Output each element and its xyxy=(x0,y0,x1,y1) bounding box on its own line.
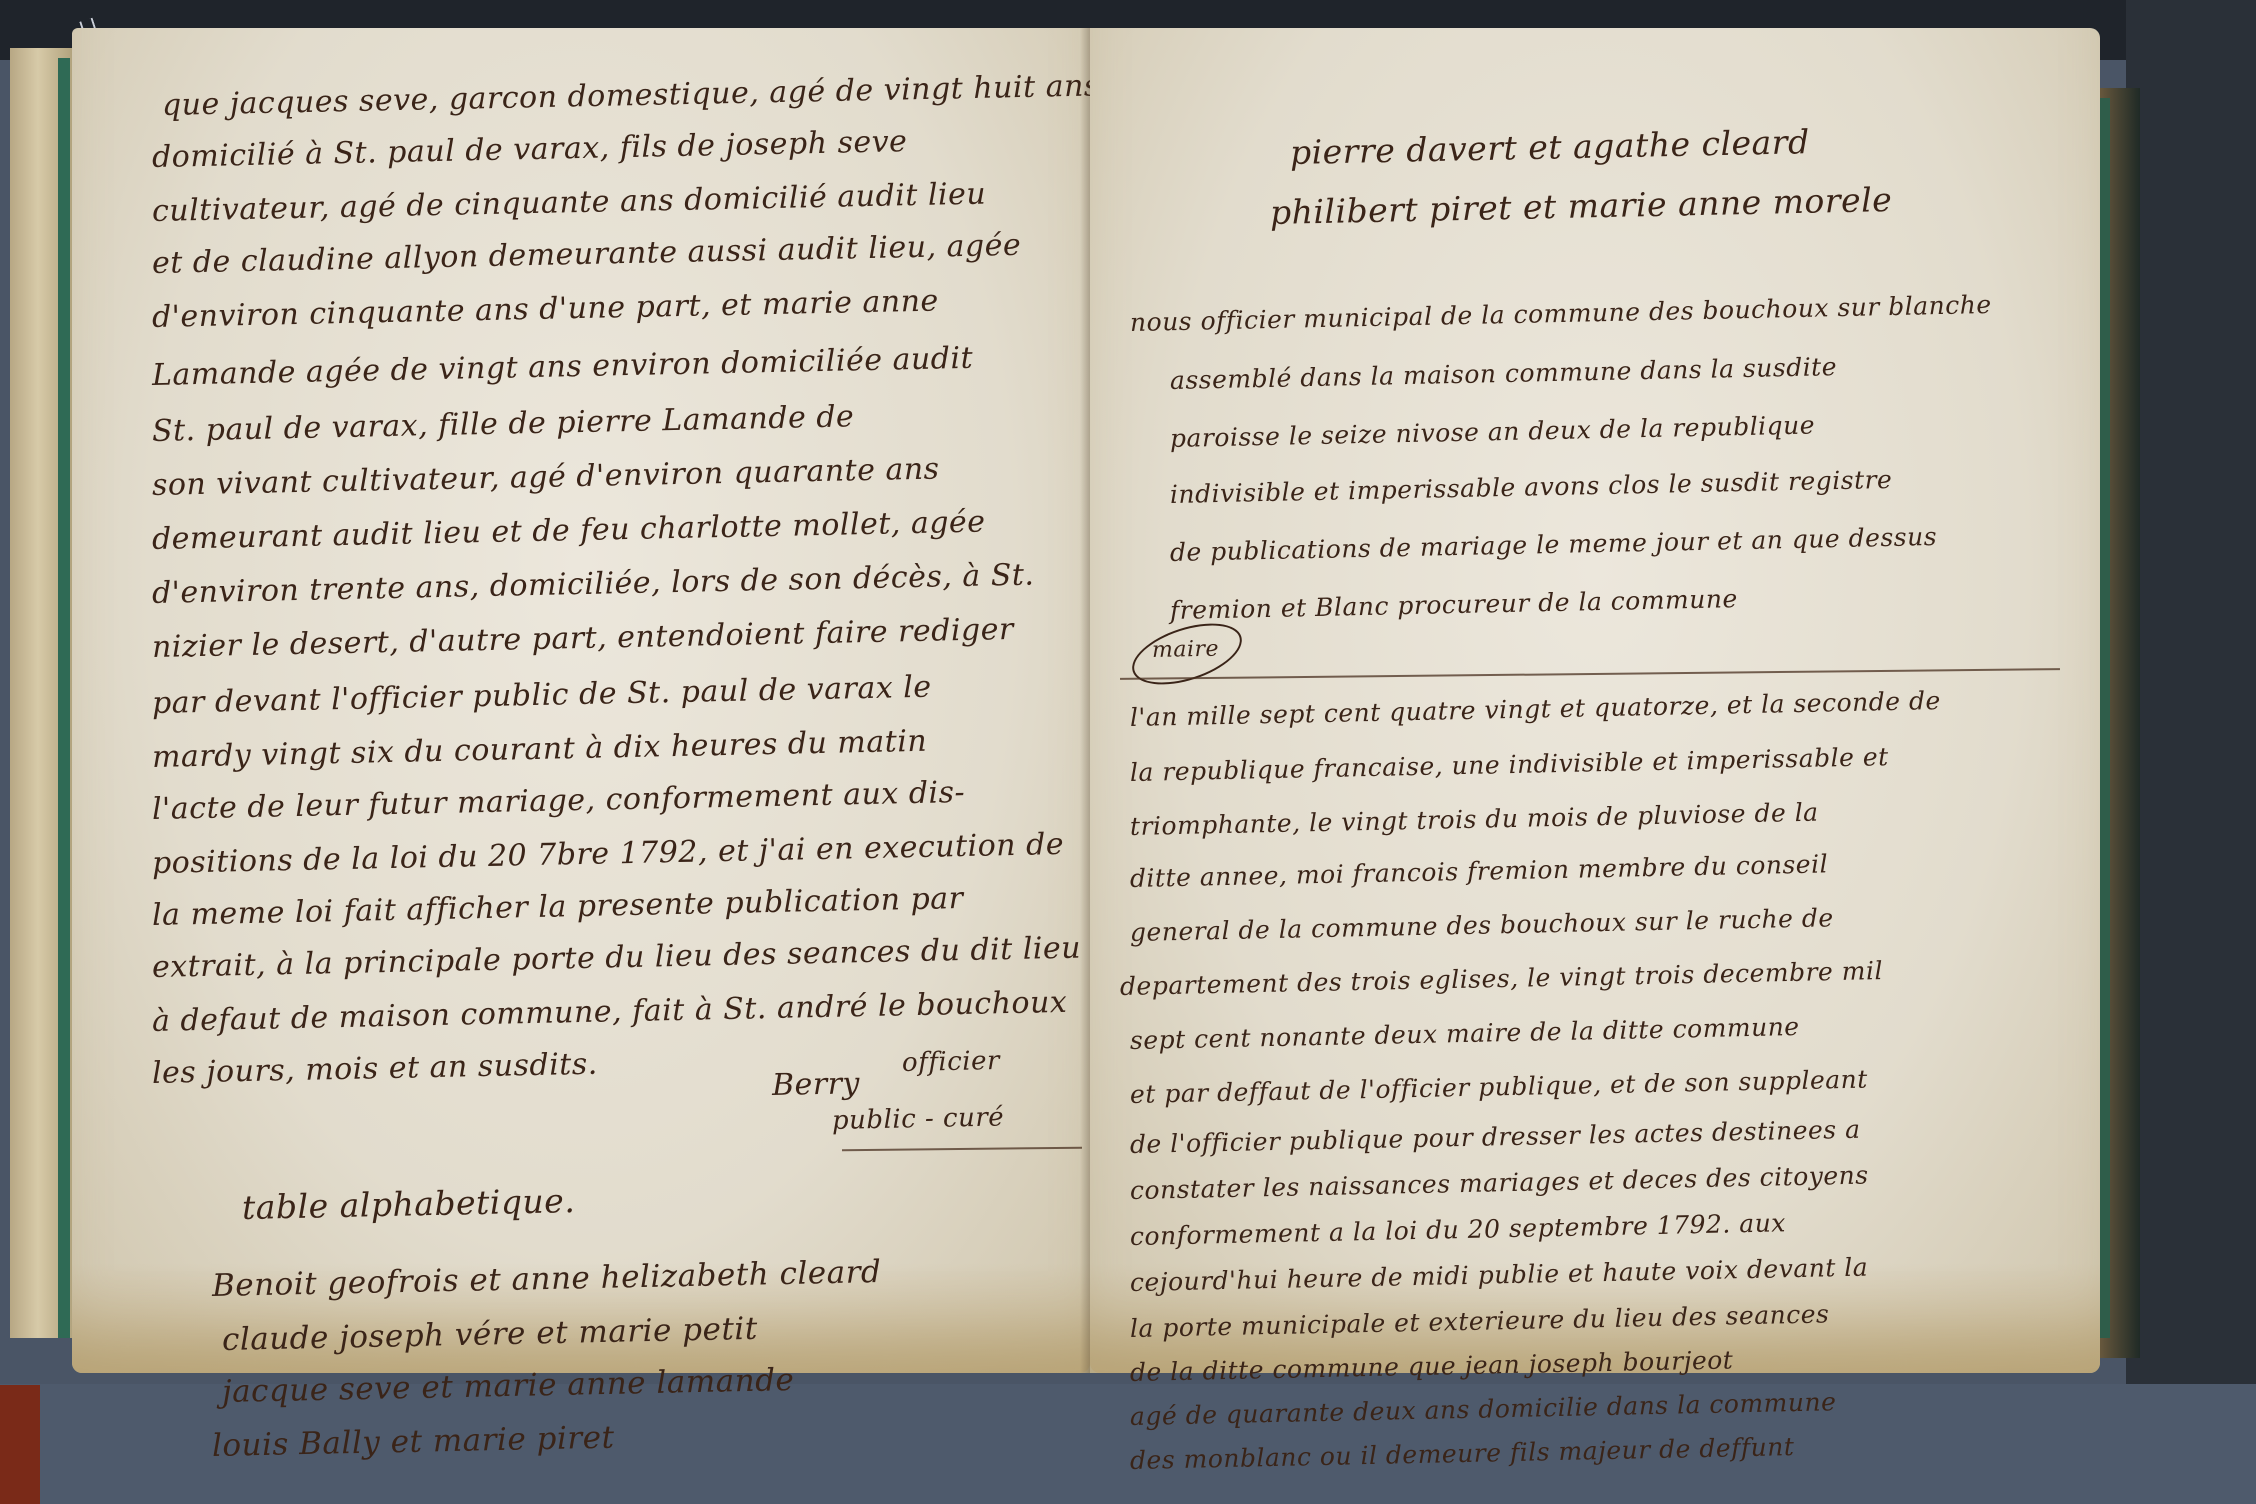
text-line: conformement a la loi du 20 septembre 17… xyxy=(1130,1208,1786,1251)
header-names: pierre davert et agathe cleard xyxy=(1290,122,1810,172)
margin-note: maire xyxy=(1152,637,1220,663)
binding-green-right xyxy=(2100,98,2110,1338)
text-line: positions de la loi du 20 7bre 1792, et … xyxy=(152,827,1065,881)
text-line: les jours, mois et an susdits. xyxy=(152,1047,598,1091)
text-line: d'environ cinquante ans d'une part, et m… xyxy=(152,284,939,335)
text-line: l'an mille sept cent quatre vingt et qua… xyxy=(1130,686,1941,732)
text-line: mardy vingt six du courant à dix heures … xyxy=(152,724,928,775)
text-line: et par deffaut de l'officier publique, e… xyxy=(1130,1065,1868,1109)
text-line: cultivateur, agé de cinquante ans domici… xyxy=(152,177,987,229)
text-line: la republique francaise, une indivisible… xyxy=(1130,742,1889,787)
text-line: son vivant cultivateur, agé d'environ qu… xyxy=(152,452,940,503)
text-line: fremion et Blanc procureur de la commune xyxy=(1170,584,1738,625)
text-line: de l'officier publique pour dresser les … xyxy=(1130,1115,1861,1159)
text-line: constater les naissances mariages et dec… xyxy=(1130,1161,1869,1205)
entry-separator xyxy=(1120,668,2060,680)
header-names: philibert piret et marie anne morele xyxy=(1270,180,1893,232)
signature-title: officier xyxy=(902,1046,1001,1078)
text-line: assemblé dans la maison commune dans la … xyxy=(1170,352,1838,395)
text-line: de publications de mariage le meme jour … xyxy=(1170,522,1938,567)
signature-flourish xyxy=(842,1147,1082,1152)
text-line: sept cent nonante deux maire de la ditte… xyxy=(1130,1012,1800,1055)
open-register-book: que jacques seve, garcon domestique, agé… xyxy=(10,18,2140,1398)
binding-green-left xyxy=(58,58,70,1338)
text-line: demeurant audit lieu et de feu charlotte… xyxy=(152,505,986,557)
text-line: ditte annee, moi francois fremion membre… xyxy=(1130,849,1829,893)
signature-title: public - curé xyxy=(832,1102,1005,1136)
text-line: et de claudine allyon demeurante aussi a… xyxy=(152,228,1022,281)
left-page: que jacques seve, garcon domestique, agé… xyxy=(72,28,1090,1373)
text-line: que jacques seve, garcon domestique, agé… xyxy=(162,68,1100,123)
text-line: triomphante, le vingt trois du mois de p… xyxy=(1130,798,1819,841)
text-line: d'environ trente ans, domiciliée, lors d… xyxy=(152,558,1035,611)
signature-name: Berry xyxy=(772,1066,861,1103)
text-line: Lamande agée de vingt ans environ domici… xyxy=(152,341,974,393)
text-line: extrait, à la principale porte du lieu d… xyxy=(152,931,1082,985)
text-line: l'acte de leur futur mariage, conformeme… xyxy=(152,775,966,827)
dark-backdrop-right xyxy=(2126,0,2256,1504)
text-line: general de la commune des bouchoux sur l… xyxy=(1130,903,1834,947)
right-page: pierre davert et agathe cleard philibert… xyxy=(1090,28,2100,1373)
text-line: domicilié à St. paul de varax, fils de j… xyxy=(152,124,908,175)
text-line: departement des trois eglises, le vingt … xyxy=(1120,956,1884,1001)
text-line: indivisible et imperissable avons clos l… xyxy=(1170,465,1893,509)
text-line: paroisse le seize nivose an deux de la r… xyxy=(1170,410,1816,453)
text-line: à defaut de maison commune, fait à St. a… xyxy=(152,985,1068,1039)
red-cloth-corner xyxy=(0,1385,40,1504)
text-line: la meme loi fait afficher la presente pu… xyxy=(152,881,964,933)
index-heading: table alphabetique. xyxy=(242,1181,576,1227)
text-line: nous officier municipal de la commune de… xyxy=(1130,290,1992,337)
text-line: par devant l'officier public de St. paul… xyxy=(152,670,932,721)
text-line: nizier le desert, d'autre part, entendoi… xyxy=(152,612,1014,665)
text-line: St. paul de varax, fille de pierre Laman… xyxy=(152,399,855,449)
